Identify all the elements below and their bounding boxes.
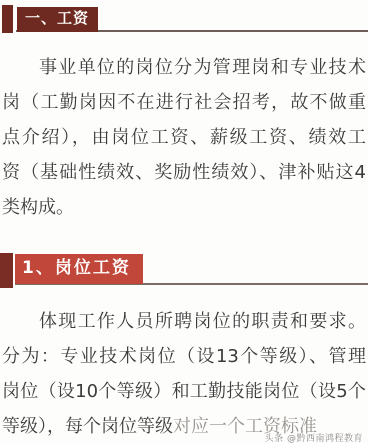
text-line: 体现工作人员所聘岗位的职责和要求。 [2,304,366,339]
text-line-normal: 等级），每个岗位等级 [2,416,173,437]
text-line: 点介绍），由岗位工资、薪级工资、绩效工 [2,120,366,155]
paragraph-wages-intro: 事业单位的岗位分为管理岗和专业技术 岗（工勤岗因不在进行社会招考，故不做重 点介… [0,50,368,225]
section-title-wages: 一、工资 [17,7,98,32]
paragraph-position-wage: 体现工作人员所聘岗位的职责和要求。 分为：专业技术岗位（设13个等级）、管理 岗… [0,304,368,443]
document-page: 一、工资 事业单位的岗位分为管理岗和专业技术 岗（工勤岗因不在进行社会招考，故不… [0,5,368,443]
header-side-bar [0,253,13,288]
watermark-toutiao: 头条 @黔西南鸿程教育 [265,431,363,443]
text-line: 分为：专业技术岗位（设13个等级）、管理 [2,339,366,374]
section-header-wages: 一、工资 [0,5,368,38]
text-line: 岗位（设10个等级）和工勤技能岗位（设5个 [2,374,366,409]
text-line: 事业单位的岗位分为管理岗和专业技术 [2,50,366,85]
section-header-position-wage: 1、岗位工资 [0,253,368,288]
text-line: 资（基础性绩效、奖励性绩效）、津补贴这4 [2,155,366,190]
text-line: 岗（工勤岗因不在进行社会招考，故不做重 [2,85,366,120]
text-line: 类构成。 [2,190,366,225]
header-side-bar [2,5,13,33]
section-title-position-wage: 1、岗位工资 [15,254,143,284]
